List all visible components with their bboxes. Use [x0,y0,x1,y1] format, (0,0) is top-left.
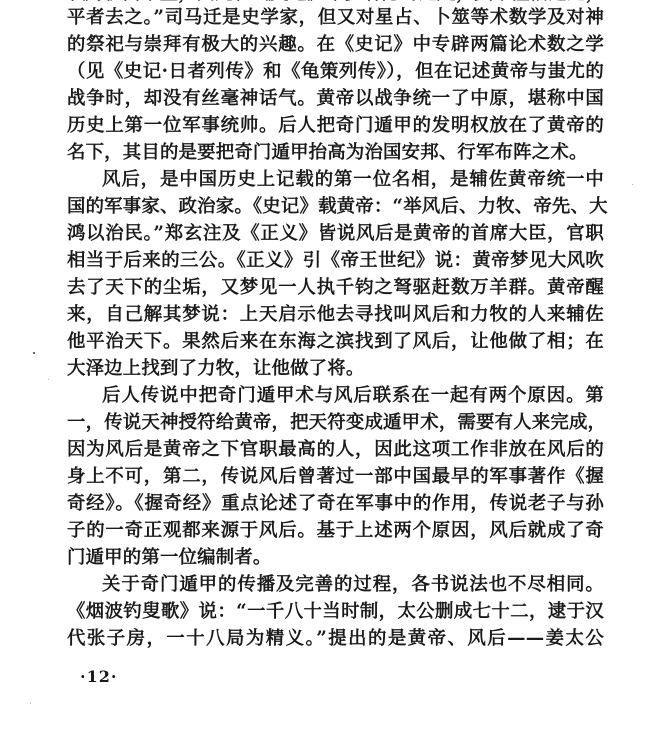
text-line: 大泽边上找到了力牧，让他做了将。 [67,355,604,382]
text-line: 因为风后是黄帝之下官职最高的人，因此这项工作非放在风后的 [67,436,604,463]
text-line: 平者去之。”司马迁是史学家，但又对星占、卜筮等术数学及对神 [67,4,604,31]
text-line: 相当于后来的三公。《正义》引《帝王世纪》说：黄帝梦见大风吹 [67,247,604,274]
text-line: 《烟波钓叟歌》说：“一千八十当时制，太公删成七十二，逮于汉 [67,598,604,625]
text-line: 的祭祀与崇拜有极大的兴趣。在《史记》中专辟两篇论术数之学 [67,31,604,58]
paragraph-start-line: 关于奇门遁甲的传播及完善的过程，各书说法也不尽相同。 [102,571,604,598]
text-line: 来，自己解其梦说：上天启示他去寻找叫风后和力牧的人来辅佐 [67,301,604,328]
text-line: 代张子房，一十八局为精义。”提出的是黄帝、风后——姜太公 [67,625,604,652]
text-line: 名下，其目的是要把奇门遁甲抬高为治国安邦、行军布阵之术。 [67,139,604,166]
text-line: 一，传说天神授符给黄帝，把天符变成遁甲术，需要有人来完成， [67,409,604,436]
document-page: 以为秘而不宣，因此在《史记》中多有隐晦之处，黄帝擅治道之， 平者去之。”司马迁是… [0,0,651,731]
text-line: 历史上第一位军事统帅。后人把奇门遁甲的发明权放在了黄帝的 [67,112,604,139]
paragraph-start-line: 后人传说中把奇门遁甲术与风后联系在一起有两个原因。第 [102,382,604,409]
scan-speck [33,352,35,354]
text-line: 鸿以治民。”郑玄注及《正义》皆说风后是黄帝的首席大臣，官职 [67,220,604,247]
scan-speck [632,184,633,185]
text-line: 他平治天下。果然后来在东海之滨找到了风后，让他做了相；在 [67,328,604,355]
text-line: 子的一奇正观都来源于风后。基于上述两个原因，风后就成了奇 [67,517,604,544]
text-line: （见《史记·日者列传》和《龟策列传》），但在记述黄帝与蚩尤的 [67,58,604,85]
text-line: 战争时，却没有丝毫神话气。黄帝以战争统一了中原，堪称中国 [67,85,604,112]
text-line: 身上不可，第二，传说风后曾著过一部中国最早的军事著作《握 [67,463,604,490]
text-line: 门遁甲的第一位编制者。 [67,544,604,571]
page-number: ·12· [80,667,117,686]
text-line: 奇经》。《握奇经》重点论述了奇在军事中的作用，传说老子与孙 [67,490,604,517]
text-line: 国的军事家、政治家。《史记》载黄帝：“举风后、力牧、帝先、大 [67,193,604,220]
scan-speck [48,379,49,380]
text-line: 去了天下的尘垢，又梦见一人执千钧之弩驱赶数万羊群。黄帝醒 [67,274,604,301]
scan-speck [30,703,31,704]
paragraph-start-line: 风后，是中国历史上记载的第一位名相，是辅佐黄帝统一中 [102,166,604,193]
